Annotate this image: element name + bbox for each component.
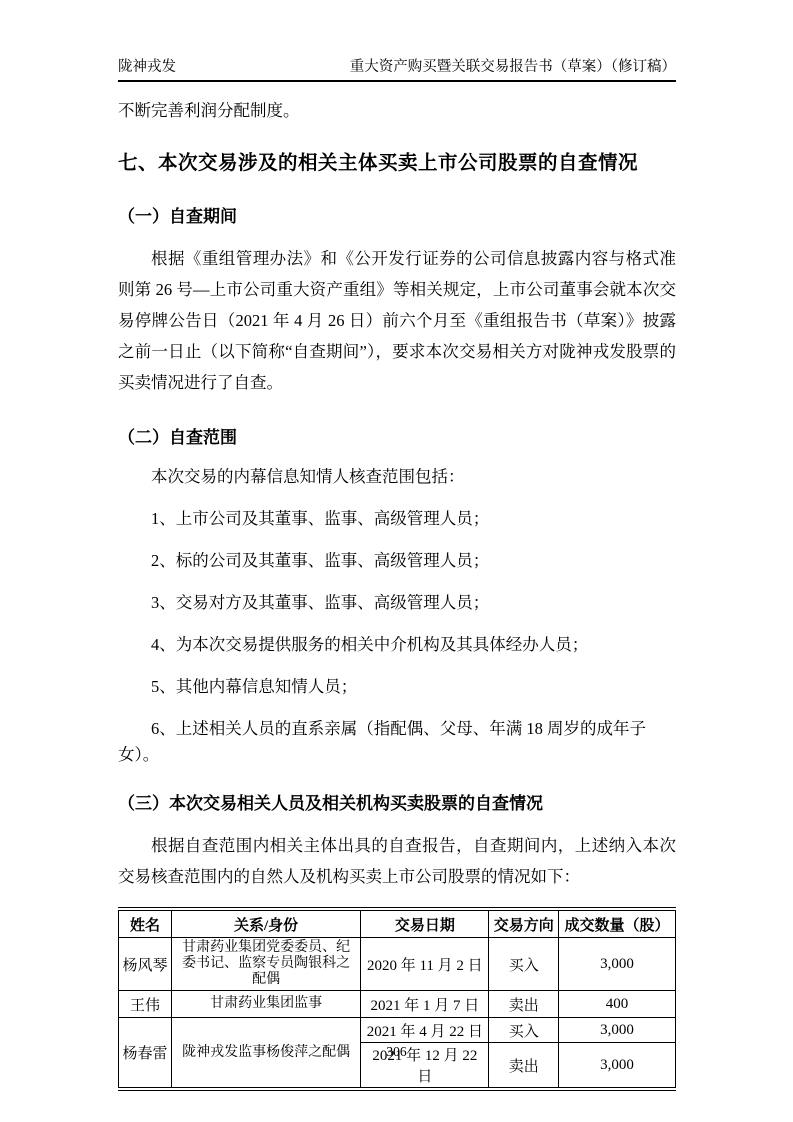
page-number: 306 (0, 1044, 793, 1060)
subsection-2-intro: 本次交易的内幕信息知情人核查范围包括： (118, 464, 676, 490)
lead-paragraph: 不断完善利润分配制度。 (118, 98, 676, 123)
scope-list-item-1: 1、上市公司及其董事、监事、高级管理人员； (118, 506, 676, 532)
row-1-name-cell: 杨风琴 (119, 938, 172, 991)
row-2-date-cell: 2021 年 1 月 7 日 (361, 991, 489, 1018)
column-header-direction: 交易方向 (489, 909, 559, 938)
column-header-name: 姓名 (119, 909, 172, 938)
column-header-quantity: 成交数量（股） (559, 909, 676, 938)
table-header-row: 姓名 关系/身份 交易日期 交易方向 成交数量（股） (119, 909, 676, 938)
row-1-quantity-cell: 3,000 (559, 938, 676, 991)
chapter-heading: 七、本次交易涉及的相关主体买卖上市公司股票的自查情况 (118, 149, 676, 177)
subsection-1-paragraph: 根据《重组管理办法》和《公开发行证券的公司信息披露内容与格式准则第 26 号—上… (118, 243, 676, 398)
scope-list-item-5: 5、其他内幕信息知情人员； (118, 674, 676, 700)
document-page: 陇神戎发 重大资产购买暨关联交易报告书（草案）（修订稿） 不断完善利润分配制度。… (0, 0, 793, 1122)
row-3-date-cell: 2021 年 4 月 22 日 (361, 1018, 489, 1043)
subsection-3-paragraph: 根据自查范围内相关主体出具的自查报告，自查期间内，上述纳入本次交易核查范围内的自… (118, 830, 676, 892)
column-header-date: 交易日期 (361, 909, 489, 938)
table-row: 杨风琴 甘肃药业集团党委委员、纪委书记、监察专员陶银科之配偶 2020 年 11… (119, 938, 676, 991)
row-2-direction-cell: 卖出 (489, 991, 559, 1018)
header-report-title: 重大资产购买暨关联交易报告书（草案）（修订稿） (350, 55, 676, 76)
scope-list-item-6: 6、上述相关人员的直系亲属（指配偶、父母、年满 18 周岁的成年子女）。 (118, 716, 676, 768)
scope-list-item-2: 2、标的公司及其董事、监事、高级管理人员； (118, 548, 676, 574)
row-3-quantity-cell: 3,000 (559, 1018, 676, 1043)
row-2-name-cell: 王伟 (119, 991, 172, 1018)
row-3-direction-cell: 买入 (489, 1018, 559, 1043)
row-1-relation-cell: 甘肃药业集团党委委员、纪委书记、监察专员陶银科之配偶 (171, 938, 360, 991)
row-2-quantity-cell: 400 (559, 991, 676, 1018)
page-header: 陇神戎发 重大资产购买暨关联交易报告书（草案）（修订稿） (118, 55, 676, 82)
row-2-relation-cell: 甘肃药业集团监事 (171, 991, 360, 1018)
header-company-name: 陇神戎发 (118, 55, 176, 76)
subsection-1-heading: （一）自查期间 (118, 205, 676, 229)
share-trading-table: 姓名 关系/身份 交易日期 交易方向 成交数量（股） 杨风琴 甘肃药业集团党委委… (118, 907, 676, 1091)
table-row: 杨春雷 陇神戎发监事杨俊萍之配偶 2021 年 4 月 22 日 买入 3,00… (119, 1018, 676, 1043)
subsection-2-heading: （二）自查范围 (118, 426, 676, 450)
row-1-direction-cell: 买入 (489, 938, 559, 991)
table-row: 王伟 甘肃药业集团监事 2021 年 1 月 7 日 卖出 400 (119, 991, 676, 1018)
scope-list-item-4: 4、为本次交易提供服务的相关中介机构及其具体经办人员； (118, 632, 676, 658)
row-1-date-cell: 2020 年 11 月 2 日 (361, 938, 489, 991)
subsection-3-heading: （三）本次交易相关人员及相关机构买卖股票的自查情况 (118, 792, 676, 816)
column-header-relation: 关系/身份 (171, 909, 360, 938)
scope-list-item-3: 3、交易对方及其董事、监事、高级管理人员； (118, 590, 676, 616)
